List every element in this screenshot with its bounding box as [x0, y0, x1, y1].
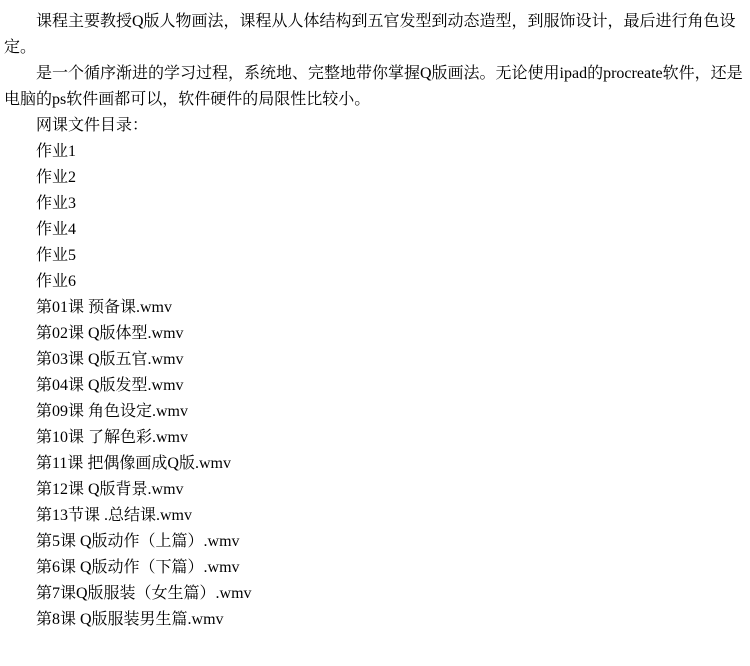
file-list-item-lesson-13: 第13节课 .总结课.wmv: [4, 503, 744, 529]
file-list: 作业1 作业2 作业3 作业4 作业5 作业6 第01课 预备课.wmv 第02…: [4, 139, 744, 633]
file-list-item-lesson-11: 第11课 把偶像画成Q版.wmv: [4, 451, 744, 477]
file-list-item-homework-2: 作业2: [4, 165, 744, 191]
file-list-item-lesson-7: 第7课Q版服装（女生篇）.wmv: [4, 581, 744, 607]
paragraph-course-intro: 课程主要教授Q版人物画法，课程从人体结构到五官发型到动态造型，到服饰设计，最后进…: [4, 9, 744, 61]
catalog-heading: 网课文件目录：: [4, 113, 744, 139]
file-list-item-lesson-04: 第04课 Q版发型.wmv: [4, 373, 744, 399]
file-list-item-lesson-03: 第03课 Q版五官.wmv: [4, 347, 744, 373]
file-list-item-lesson-5: 第5课 Q版动作（上篇）.wmv: [4, 529, 744, 555]
file-list-item-homework-6: 作业6: [4, 269, 744, 295]
file-list-item-homework-3: 作业3: [4, 191, 744, 217]
file-list-item-lesson-6: 第6课 Q版动作（下篇）.wmv: [4, 555, 744, 581]
file-list-item-lesson-02: 第02课 Q版体型.wmv: [4, 321, 744, 347]
file-list-item-lesson-10: 第10课 了解色彩.wmv: [4, 425, 744, 451]
file-list-item-homework-1: 作业1: [4, 139, 744, 165]
file-list-item-homework-4: 作业4: [4, 217, 744, 243]
paragraph-course-method: 是一个循序渐进的学习过程，系统地、完整地带你掌握Q版画法。无论使用ipad的pr…: [4, 61, 744, 113]
file-list-item-lesson-01: 第01课 预备课.wmv: [4, 295, 744, 321]
file-list-item-homework-5: 作业5: [4, 243, 744, 269]
file-list-item-lesson-09: 第09课 角色设定.wmv: [4, 399, 744, 425]
document-content: 课程主要教授Q版人物画法，课程从人体结构到五官发型到动态造型，到服饰设计，最后进…: [0, 0, 750, 633]
document-page: { "page": { "background_color": "#ffffff…: [0, 0, 750, 666]
file-list-item-lesson-8: 第8课 Q版服装男生篇.wmv: [4, 607, 744, 633]
file-list-item-lesson-12: 第12课 Q版背景.wmv: [4, 477, 744, 503]
